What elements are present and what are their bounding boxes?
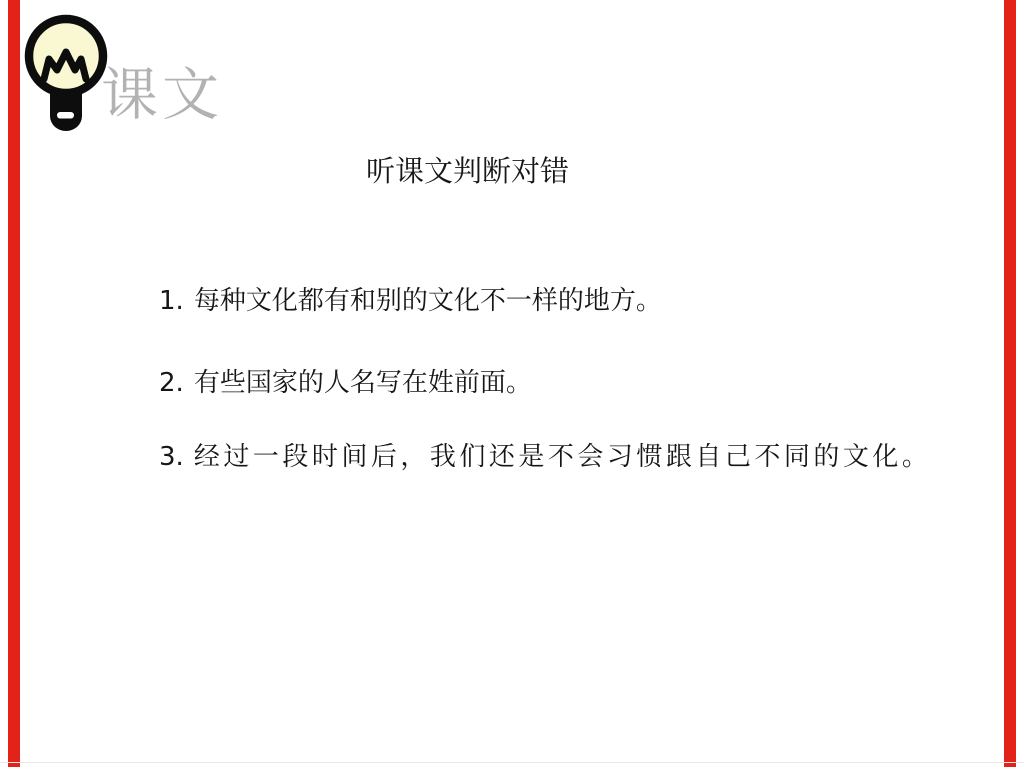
item-text: 有些国家的人名写在姓前面。 — [194, 368, 532, 398]
header-label: 课文 — [101, 63, 223, 129]
item-number: 2. — [159, 367, 184, 400]
item-number: 1. — [159, 285, 184, 318]
list-item: 3.经过一段时间后，我们还是不会习惯跟自己不同的文化。 — [159, 441, 931, 474]
slide-canvas: 课文 听课文判断对错 1.每种文化都有和别的文化不一样的地方。 2.有些国家的人… — [0, 0, 1024, 767]
list-item: 1.每种文化都有和别的文化不一样的地方。 — [159, 285, 662, 318]
bottom-edge-line — [0, 762, 1024, 763]
right-border-bar — [1004, 0, 1016, 767]
list-item: 2.有些国家的人名写在姓前面。 — [159, 367, 532, 400]
lightbulb-icon — [20, 7, 112, 141]
item-text: 经过一段时间后，我们还是不会习惯跟自己不同的文化。 — [194, 442, 932, 472]
left-border-bar — [8, 0, 20, 767]
item-text: 每种文化都有和别的文化不一样的地方。 — [194, 286, 662, 316]
slide-title: 听课文判断对错 — [366, 154, 569, 189]
item-number: 3. — [159, 441, 184, 474]
